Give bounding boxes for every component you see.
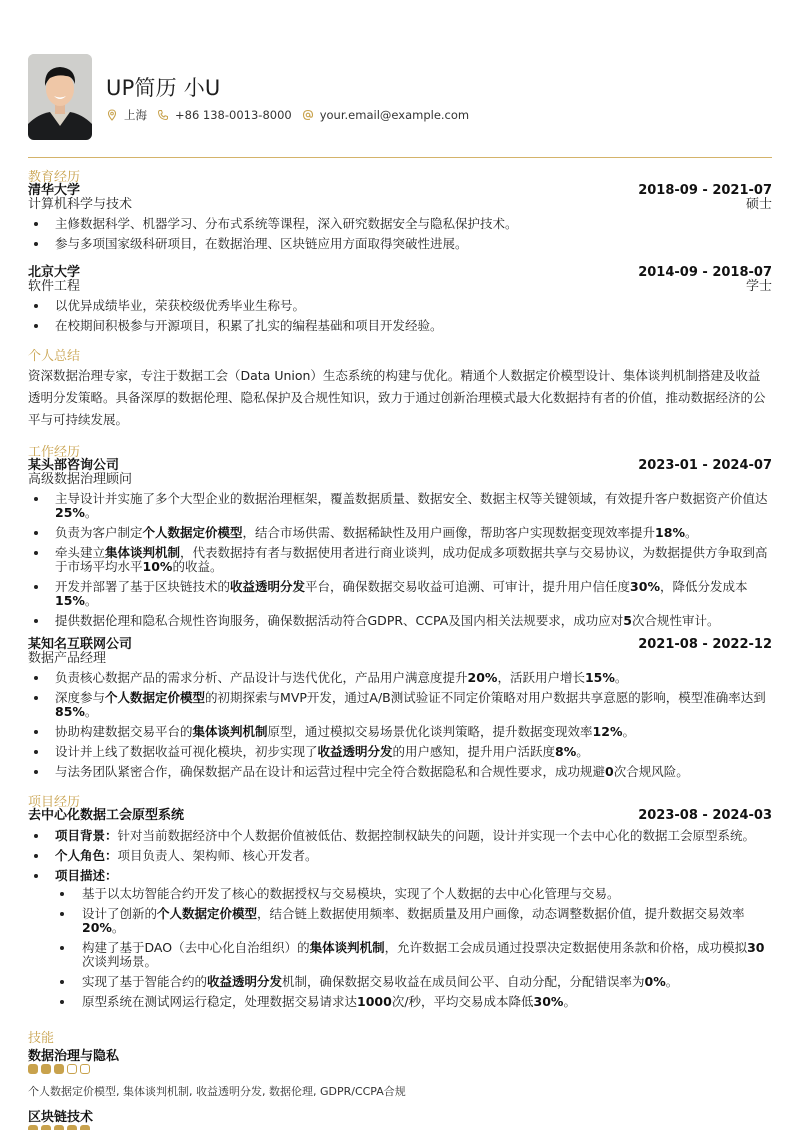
highlight-text: 0 xyxy=(605,764,614,779)
text-run: 与法务团队紧密合作，确保数据产品在设计和运营过程中完全符合数据隐私和合规性要求，… xyxy=(55,764,605,779)
list-item: 个人角色：项目负责人、架构师、核心开发者。 xyxy=(28,849,772,863)
highlight-text: 85% xyxy=(55,704,85,719)
highlight-text: 个人数据定价模型 xyxy=(105,690,205,705)
date-range: 2014-09 - 2018-07 xyxy=(638,266,772,280)
highlight-text: 1000 xyxy=(357,994,392,1009)
major: 计算机科学与技术 xyxy=(28,198,772,212)
text-run: 。 xyxy=(85,505,98,520)
text-run: 次谈判场景。 xyxy=(82,954,157,969)
candidate-name: UP简历 小U xyxy=(106,72,220,102)
highlight-text: 15% xyxy=(585,670,615,685)
filled-dot-icon xyxy=(28,1125,38,1130)
skill-level-dots xyxy=(28,1125,93,1130)
date-range: 2018-09 - 2021-07 xyxy=(638,184,772,198)
text-run: 次/秒，平均交易成本降低 xyxy=(392,994,534,1009)
skill-name: 区块链技术 xyxy=(28,1106,93,1125)
contact-location: 上海 xyxy=(106,107,147,123)
list-item: 负责核心数据产品的需求分析、产品设计与迭代优化，产品用户满意度提升20%，活跃用… xyxy=(28,671,772,685)
text-run: 次合规性审计。 xyxy=(632,613,720,628)
list-item: 参与多项国家级科研项目，在数据治理、区块链应用方面取得突破性进展。 xyxy=(28,237,772,251)
at-sign-icon xyxy=(302,109,314,121)
label: 个人角色： xyxy=(55,848,118,863)
list-item: 提供数据伦理和隐私合规性咨询服务，确保数据活动符合GDPR、CCPA及国内相关法… xyxy=(28,614,772,628)
education-entry: 北京大学 软件工程 2014-09 - 2018-07 学士 xyxy=(28,266,772,294)
label: 项目描述： xyxy=(55,868,118,883)
text-run: 。 xyxy=(563,994,576,1009)
text-run: 次合规风险。 xyxy=(614,764,689,779)
highlight-text: 25% xyxy=(55,505,85,520)
text-run: 的收益。 xyxy=(172,559,222,574)
highlight-text: 个人数据定价模型 xyxy=(157,906,257,921)
highlight-text: 0% xyxy=(645,974,666,989)
text-run: 设计并上线了数据收益可视化模块，初步实现了 xyxy=(55,744,318,759)
contact-phone: +86 138-0013-8000 xyxy=(157,108,292,122)
filled-dot-icon xyxy=(80,1125,90,1130)
date-range: 2023-01 - 2024-07 xyxy=(638,459,772,473)
highlight-text: 30% xyxy=(534,994,564,1009)
empty-dot-icon xyxy=(80,1064,90,1074)
text-run: 。 xyxy=(622,724,635,739)
location-text: 上海 xyxy=(124,107,147,123)
summary-text: 资深数据治理专家，专注于数据工会（Data Union）生态系统的构建与优化。精… xyxy=(28,365,772,431)
education-entry: 清华大学 计算机科学与技术 2018-09 - 2021-07 硕士 xyxy=(28,184,772,212)
highlight-text: 18% xyxy=(655,525,685,540)
highlight-text: 个人数据定价模型 xyxy=(143,525,243,540)
text-run: ，降低分发成本 xyxy=(660,579,748,594)
filled-dot-icon xyxy=(54,1125,64,1130)
project-desc-bullets: 基于以太坊智能合约开发了核心的数据授权与交易模块，实现了个人数据的去中心化管理与… xyxy=(55,887,772,1009)
text-run: ，活跃用户增长 xyxy=(497,670,585,685)
work-entry: 某知名互联网公司 数据产品经理 2021-08 - 2022-12 xyxy=(28,638,772,666)
list-item: 协助构建数据交易平台的集体谈判机制原型，通过模拟交易场景优化谈判策略，提升数据变… xyxy=(28,725,772,739)
section-title-summary: 个人总结 xyxy=(28,350,80,364)
work-entry: 某头部咨询公司 高级数据治理顾问 2023-01 - 2024-07 xyxy=(28,459,772,487)
text-run: 实现了基于智能合约的 xyxy=(82,974,207,989)
text-run: 。 xyxy=(112,920,125,935)
skill-tags: 个人数据定价模型, 集体谈判机制, 收益透明分发, 数据伦理, GDPR/CCP… xyxy=(28,1083,406,1099)
highlight-text: 20% xyxy=(468,670,498,685)
highlight-text: 收益透明分发 xyxy=(230,579,305,594)
text-run: 的用户感知，提升用户活跃度 xyxy=(393,744,556,759)
highlight-text: 8% xyxy=(555,744,576,759)
location-pin-icon xyxy=(106,109,118,121)
list-item: 设计并上线了数据收益可视化模块，初步实现了收益透明分发的用户感知，提升用户活跃度… xyxy=(28,745,772,759)
label: 项目背景： xyxy=(55,828,118,843)
list-item: 负责为客户制定个人数据定价模型，结合市场供需、数据稀缺性及用户画像，帮助客户实现… xyxy=(28,526,772,540)
list-item: 基于以太坊智能合约开发了核心的数据授权与交易模块，实现了个人数据的去中心化管理与… xyxy=(55,887,772,901)
filled-dot-icon xyxy=(54,1064,64,1074)
list-item: 项目描述： 基于以太坊智能合约开发了核心的数据授权与交易模块，实现了个人数据的去… xyxy=(28,869,772,1009)
list-item: 开发并部署了基于区块链技术的收益透明分发平台，确保数据交易收益可追溯、可审计，提… xyxy=(28,580,772,608)
job-title: 数据产品经理 xyxy=(28,652,772,666)
text-run: 机制，确保数据交易收益在成员间公平、自动分配，分配错误率为 xyxy=(282,974,645,989)
text-run: 负责为客户制定 xyxy=(55,525,143,540)
text-run: 。 xyxy=(576,744,589,759)
highlight-text: 10% xyxy=(143,559,173,574)
list-item: 构建了基于DAO（去中心化自治组织）的集体谈判机制，允许数据工会成员通过投票决定… xyxy=(55,941,772,969)
text-run: 牵头建立 xyxy=(55,545,105,560)
work-bullets: 负责核心数据产品的需求分析、产品设计与迭代优化，产品用户满意度提升20%，活跃用… xyxy=(28,671,772,785)
filled-dot-icon xyxy=(41,1064,51,1074)
text-run: 基于以太坊智能合约开发了核心的数据授权与交易模块，实现了个人数据的去中心化管理与… xyxy=(82,886,620,901)
contact-email: your.email@example.com xyxy=(302,108,469,122)
project-bullets: 项目背景：针对当前数据经济中个人数据价值被低估、数据控制权缺失的问题，设计并实现… xyxy=(28,829,772,1015)
highlight-text: 5 xyxy=(623,613,632,628)
list-item: 深度参与个人数据定价模型的初期探索与MVP开发，通过A/B测试验证不同定价策略对… xyxy=(28,691,772,719)
text-run: 负责核心数据产品的需求分析、产品设计与迭代优化，产品用户满意度提升 xyxy=(55,670,468,685)
text-run: 原型系统在测试网运行稳定，处理数据交易请求达 xyxy=(82,994,357,1009)
avatar-photo xyxy=(28,54,92,140)
phone-icon xyxy=(157,109,169,121)
avatar xyxy=(28,54,92,140)
list-item: 项目背景：针对当前数据经济中个人数据价值被低估、数据控制权缺失的问题，设计并实现… xyxy=(28,829,772,843)
highlight-text: 30% xyxy=(630,579,660,594)
text-run: ，允许数据工会成员通过投票决定数据使用条款和价格，成功模拟 xyxy=(385,940,748,955)
highlight-text: 收益透明分发 xyxy=(207,974,282,989)
highlight-text: 15% xyxy=(55,593,85,608)
text-run: 设计了创新的 xyxy=(82,906,157,921)
degree: 硕士 xyxy=(746,198,772,212)
highlight-text: 收益透明分发 xyxy=(318,744,393,759)
list-item: 设计了创新的个人数据定价模型，结合链上数据使用频率、数据质量及用户画像，动态调整… xyxy=(55,907,772,935)
work-bullets: 主导设计并实施了多个大型企业的数据治理框架，覆盖数据质量、数据安全、数据主权等关… xyxy=(28,492,772,634)
degree: 学士 xyxy=(746,280,772,294)
date-range: 2023-08 - 2024-03 xyxy=(638,809,772,823)
text-run: ，结合市场供需、数据稀缺性及用户画像，帮助客户实现数据变现效率提升 xyxy=(243,525,656,540)
highlight-text: 集体谈判机制 xyxy=(193,724,268,739)
text-run: 原型，通过模拟交易场景优化谈判策略，提升数据变现效率 xyxy=(268,724,593,739)
email-text: your.email@example.com xyxy=(320,108,469,122)
empty-dot-icon xyxy=(67,1064,77,1074)
education-bullets: 主修数据科学、机器学习、分布式系统等课程，深入研究数据安全与隐私保护技术。 参与… xyxy=(28,217,772,257)
highlight-text: 集体谈判机制 xyxy=(105,545,180,560)
list-item: 原型系统在测试网运行稳定，处理数据交易请求达1000次/秒，平均交易成本降低30… xyxy=(55,995,772,1009)
header-divider xyxy=(28,157,772,158)
skill-name: 数据治理与隐私 xyxy=(28,1045,119,1064)
project-entry: 去中心化数据工会原型系统 2023-08 - 2024-03 xyxy=(28,809,772,823)
text-run: 。 xyxy=(685,525,698,540)
text-run: 。 xyxy=(85,704,98,719)
phone-text: +86 138-0013-8000 xyxy=(175,108,292,122)
skill-level-dots xyxy=(28,1064,93,1074)
section-title-skills: 技能 xyxy=(28,1032,54,1046)
text-run: 开发并部署了基于区块链技术的 xyxy=(55,579,230,594)
filled-dot-icon xyxy=(41,1125,51,1130)
list-item: 以优异成绩毕业，荣获校级优秀毕业生称号。 xyxy=(28,299,772,313)
text-run: 提供数据伦理和隐私合规性咨询服务，确保数据活动符合GDPR、CCPA及国内相关法… xyxy=(55,613,623,628)
text-run: ，结合链上数据使用频率、数据质量及用户画像，动态调整数据价值，提升数据交易效率 xyxy=(257,906,745,921)
resume-header: UP简历 小U 上海 +86 138-0013-8000 your.email@… xyxy=(28,54,772,140)
list-item: 牵头建立集体谈判机制，代表数据持有者与数据使用者进行商业谈判，成功促成多项数据共… xyxy=(28,546,772,574)
text-run: 。 xyxy=(85,593,98,608)
text-run: 。 xyxy=(615,670,628,685)
highlight-text: 20% xyxy=(82,920,112,935)
text-run: 的初期探索与MVP开发，通过A/B测试验证不同定价策略对用户数据共享意愿的影响，… xyxy=(205,690,766,705)
value: 针对当前数据经济中个人数据价值被低估、数据控制权缺失的问题，设计并实现一个去中心… xyxy=(118,828,756,843)
education-bullets: 以优异成绩毕业，荣获校级优秀毕业生称号。 在校期间积极参与开源项目，积累了扎实的… xyxy=(28,299,772,339)
job-title: 高级数据治理顾问 xyxy=(28,473,772,487)
highlight-text: 集体谈判机制 xyxy=(310,940,385,955)
text-run: 深度参与 xyxy=(55,690,105,705)
list-item: 在校期间积极参与开源项目，积累了扎实的编程基础和项目开发经验。 xyxy=(28,319,772,333)
list-item: 主修数据科学、机器学习、分布式系统等课程，深入研究数据安全与隐私保护技术。 xyxy=(28,217,772,231)
filled-dot-icon xyxy=(28,1064,38,1074)
value: 项目负责人、架构师、核心开发者。 xyxy=(118,848,318,863)
date-range: 2021-08 - 2022-12 xyxy=(638,638,772,652)
text-run: 构建了基于DAO（去中心化自治组织）的 xyxy=(82,940,310,955)
contact-info: 上海 +86 138-0013-8000 your.email@example.… xyxy=(106,107,479,123)
highlight-text: 12% xyxy=(593,724,623,739)
text-run: 协助构建数据交易平台的 xyxy=(55,724,193,739)
highlight-text: 30 xyxy=(747,940,764,955)
text-run: 平台，确保数据交易收益可追溯、可审计，提升用户信任度 xyxy=(305,579,630,594)
list-item: 主导设计并实施了多个大型企业的数据治理框架，覆盖数据质量、数据安全、数据主权等关… xyxy=(28,492,772,520)
filled-dot-icon xyxy=(67,1125,77,1130)
text-run: 主导设计并实施了多个大型企业的数据治理框架，覆盖数据质量、数据安全、数据主权等关… xyxy=(55,491,768,506)
major: 软件工程 xyxy=(28,280,772,294)
list-item: 与法务团队紧密合作，确保数据产品在设计和运营过程中完全符合数据隐私和合规性要求，… xyxy=(28,765,772,779)
list-item: 实现了基于智能合约的收益透明分发机制，确保数据交易收益在成员间公平、自动分配，分… xyxy=(55,975,772,989)
text-run: 。 xyxy=(666,974,679,989)
